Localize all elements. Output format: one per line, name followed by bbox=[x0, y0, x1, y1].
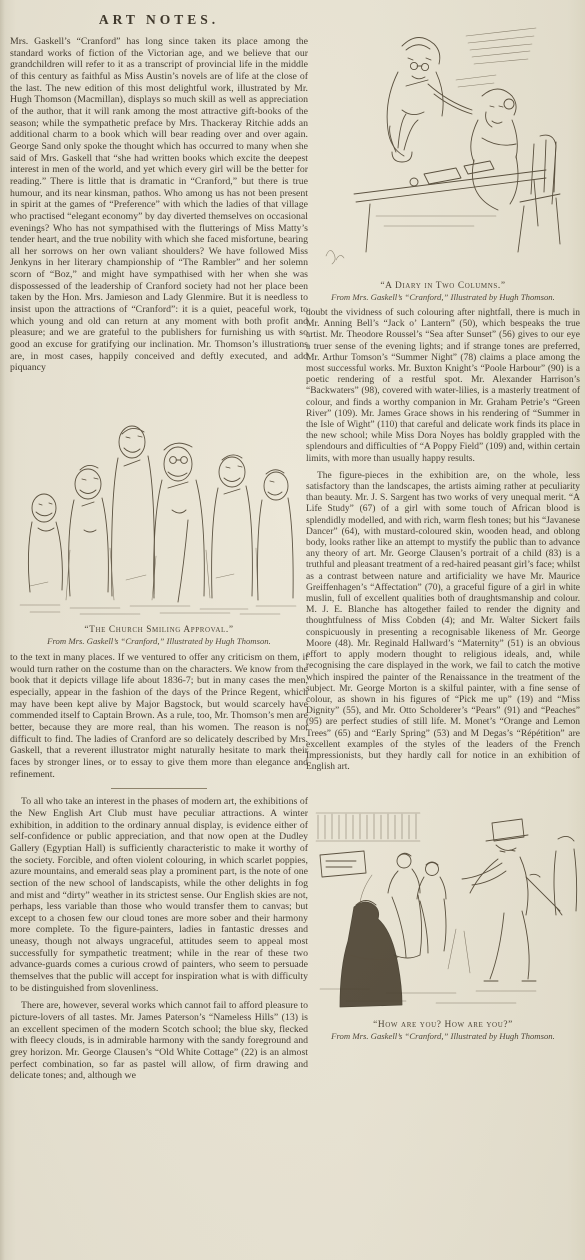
article-paragraph-exhibition: To all who take an interest in the phase… bbox=[10, 796, 308, 994]
page-title: ART NOTES. bbox=[10, 12, 308, 28]
article-paragraph-works: There are, however, several works which … bbox=[10, 1000, 308, 1082]
church-smiling-approval-illustration bbox=[10, 380, 306, 622]
scanned-article-page: ART NOTES. Mrs. Gaskell’s “Cranford” has… bbox=[0, 0, 585, 1260]
figure-caption-source: From Mrs. Gaskell’s “Cranford,” Illustra… bbox=[10, 636, 308, 646]
column-right: “A Diary in Two Columns.” From Mrs. Gask… bbox=[306, 14, 580, 1045]
column-left: ART NOTES. Mrs. Gaskell’s “Cranford” has… bbox=[10, 10, 308, 1082]
how-are-you-illustration bbox=[306, 779, 580, 1017]
figure-caption-source: From Mrs. Gaskell’s “Cranford,” Illustra… bbox=[306, 1031, 580, 1041]
article-paragraph-continuation: to the text in many places. If we ventur… bbox=[10, 652, 308, 780]
figure-caption-title: “How are you? How are you?” bbox=[306, 1020, 580, 1030]
section-divider bbox=[111, 788, 207, 789]
figure-caption-title: “A Diary in Two Columns.” bbox=[306, 281, 580, 291]
figure-church-smiling-approval: “The Church Smiling Approval.” From Mrs.… bbox=[10, 380, 308, 646]
article-paragraph-opening: Mrs. Gaskell’s “Cranford” has long since… bbox=[10, 36, 308, 374]
figure-caption-source: From Mrs. Gaskell’s “Cranford,” Illustra… bbox=[306, 292, 580, 302]
figure-caption-title: “The Church Smiling Approval.” bbox=[10, 625, 308, 635]
article-paragraph-landscapes: doubt the vividness of such colouring af… bbox=[306, 308, 580, 465]
figure-how-are-you: “How are you? How are you?” From Mrs. Ga… bbox=[306, 779, 580, 1041]
figure-diary-in-two-columns: “A Diary in Two Columns.” From Mrs. Gask… bbox=[306, 20, 580, 302]
article-paragraph-figure-pieces: The figure-pieces in the exhibition are,… bbox=[306, 471, 580, 773]
diary-in-two-columns-illustration bbox=[306, 20, 580, 278]
